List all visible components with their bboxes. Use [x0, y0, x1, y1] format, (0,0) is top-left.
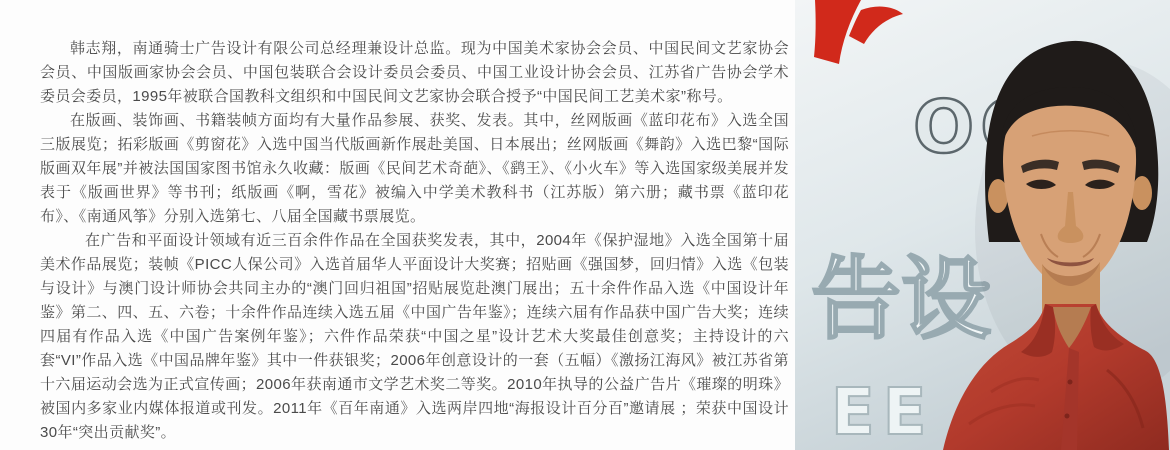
shirt-button [1065, 414, 1070, 419]
sign-letters-bottom: EE [831, 376, 934, 450]
bio-paragraph-design-awards: 在广告和平面设计领域有近三百余件作品在全国获奖发表，其中，2004年《保护湿地》… [40, 229, 789, 445]
bio-paragraph-printmaking: 在版画、装饰画、书籍装帧方面均有大量作品参展、获奖、发表。其中，丝网版画《蓝印花… [40, 109, 789, 229]
man-ear-right [1132, 176, 1152, 210]
shirt-button [1068, 380, 1073, 385]
portrait-photo-illustration: OOK 告设 EE [795, 0, 1170, 450]
sign-characters-middle: 告设 [811, 247, 991, 352]
bio-paragraph-intro: 韩志翔，南通骑士广告设计有限公司总经理兼设计总监。现为中国美术家协会会员、中国民… [40, 37, 789, 109]
bio-page: 韩志翔，南通骑士广告设计有限公司总经理兼设计总监。现为中国美术家协会会员、中国民… [0, 0, 1170, 450]
portrait-photo: OOK 告设 EE [795, 0, 1170, 450]
bio-text-block: 韩志翔，南通骑士广告设计有限公司总经理兼设计总监。现为中国美术家协会会员、中国民… [0, 0, 795, 450]
